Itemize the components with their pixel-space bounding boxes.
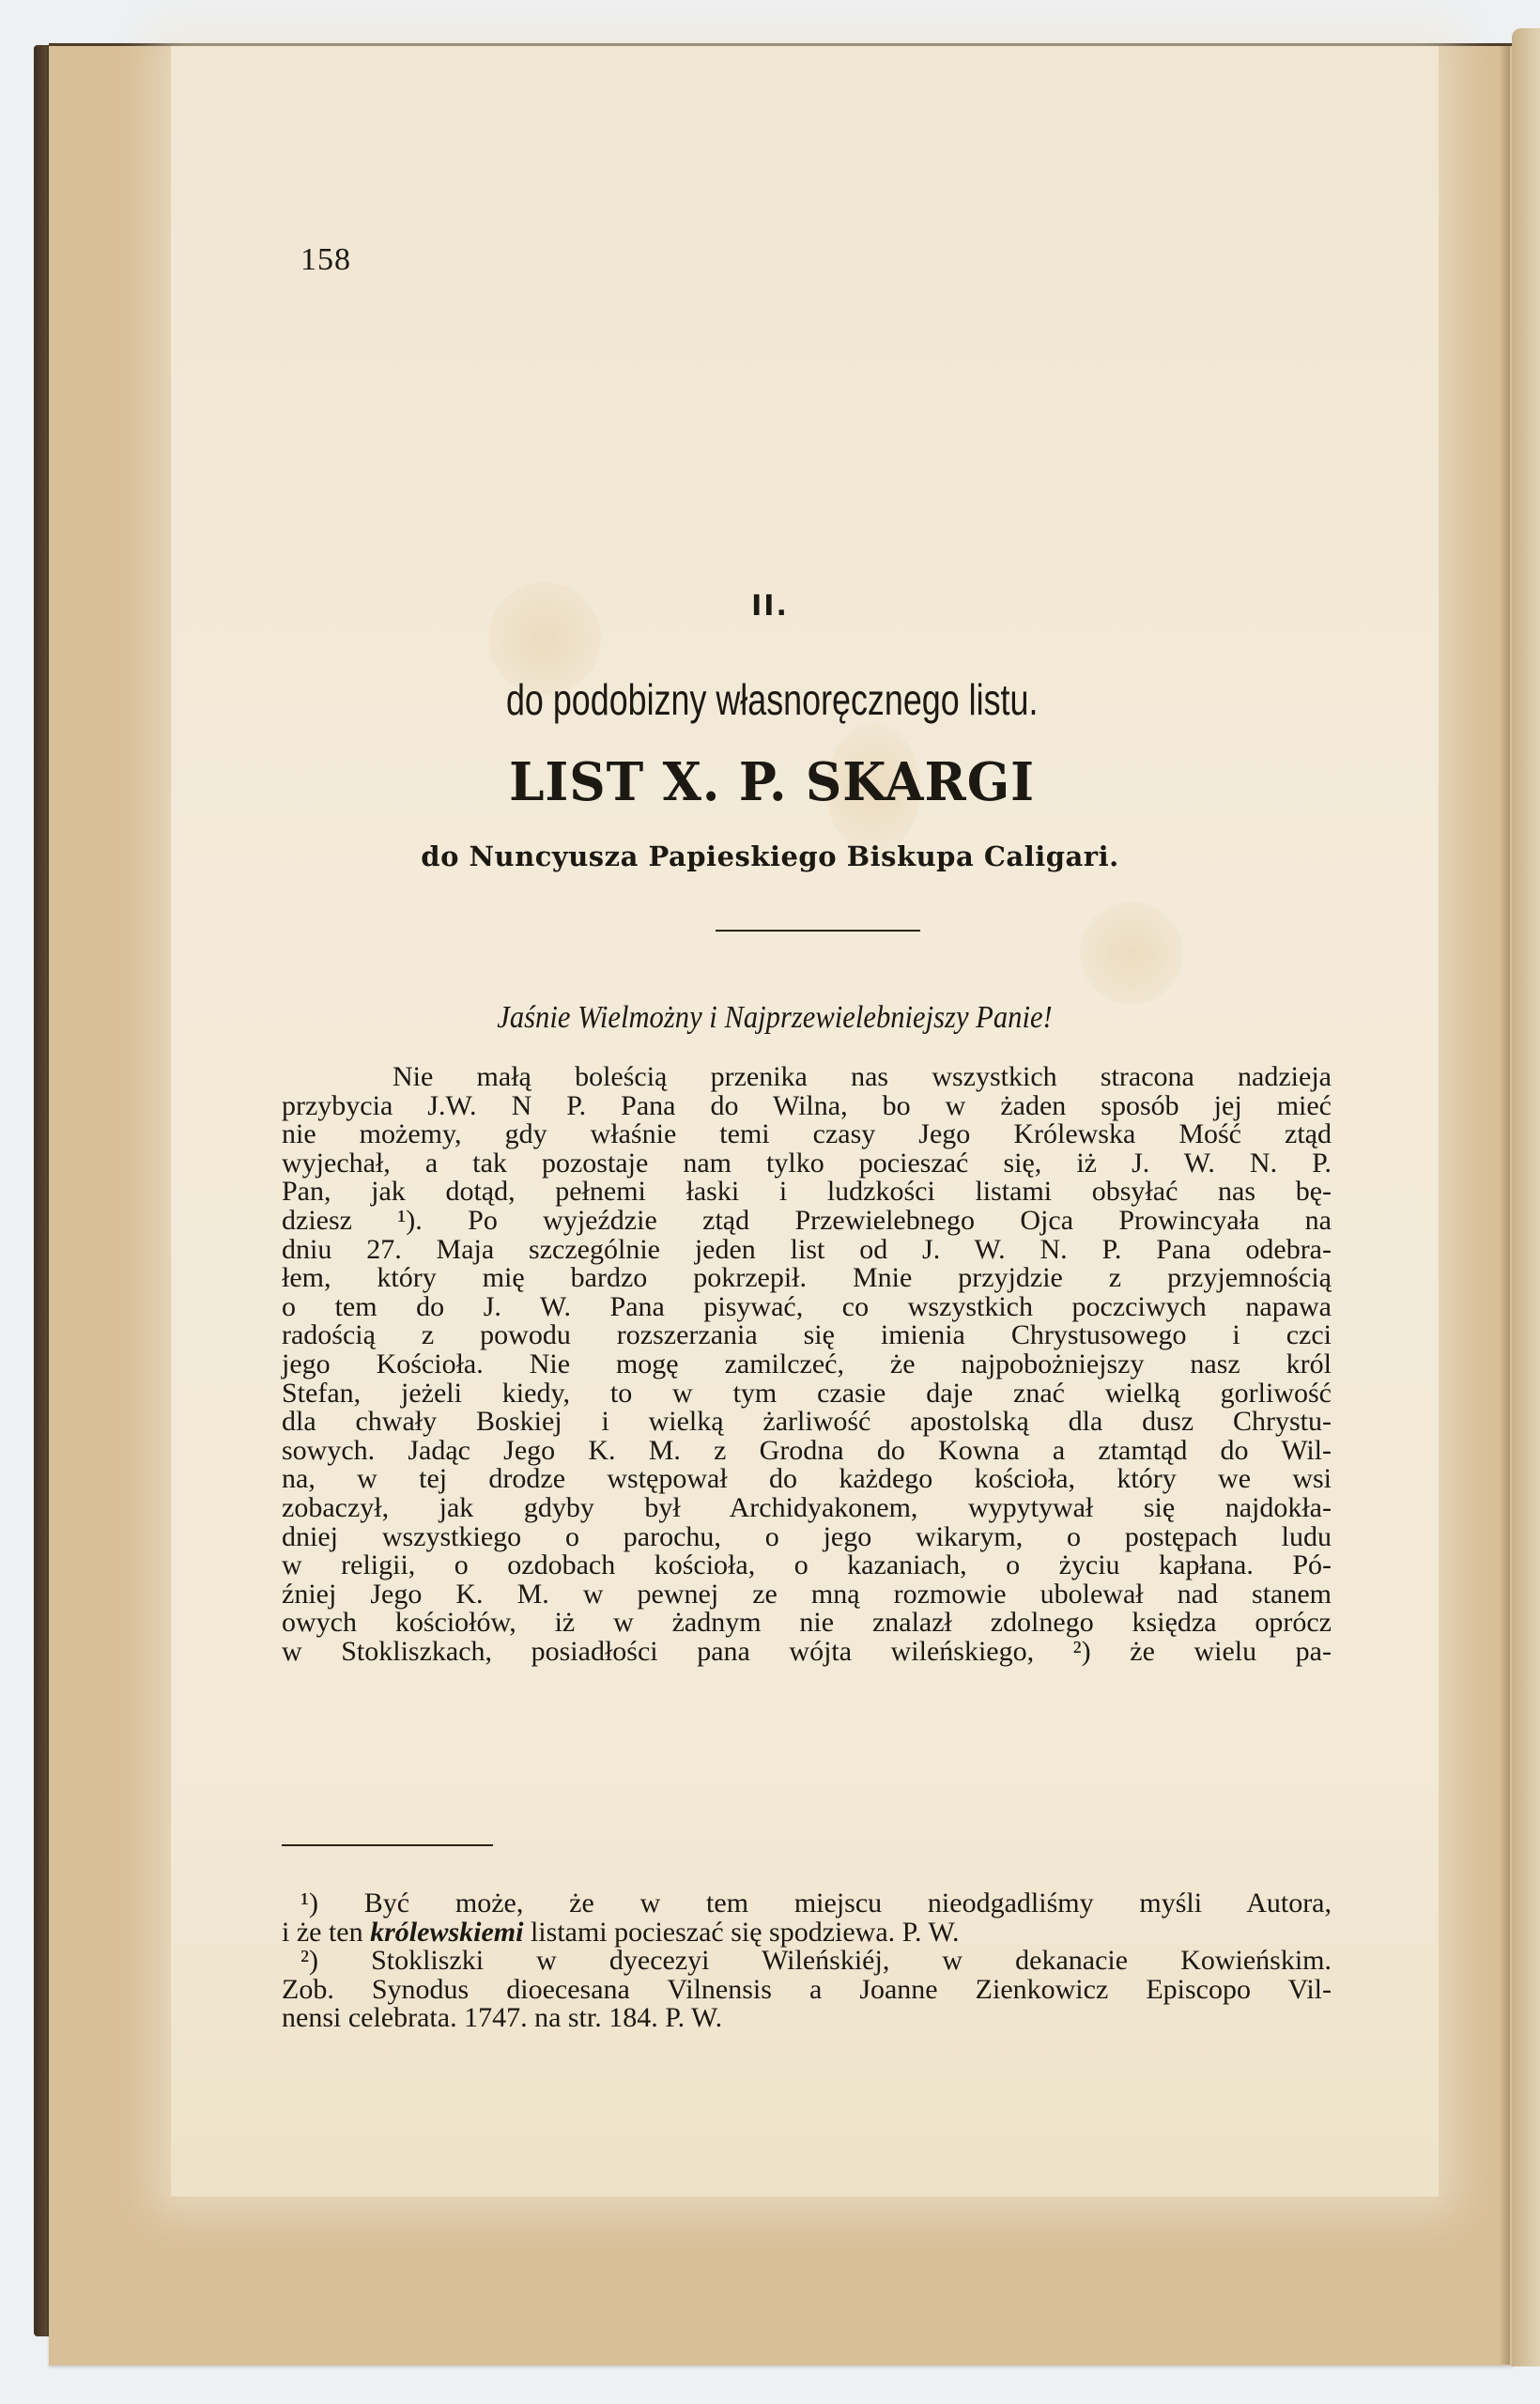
footnotes: ¹) Być może, że w tem miejscu nieodgadli… bbox=[282, 1889, 1332, 2033]
body-line: wyjechał, a tak pozostaje nam tylko poci… bbox=[282, 1149, 1332, 1179]
body-line: dniu 27. Maja szczególnie jeden list od … bbox=[282, 1236, 1332, 1265]
body-line: w Stokliszkach, posiadłości pana wójta w… bbox=[282, 1638, 1332, 1667]
footnote-2-line: ²) Stokliszki w dyecezyi Wileńskiéj, w d… bbox=[282, 1947, 1332, 1976]
body-line: nie możemy, gdy właśnie temi czasy Jego … bbox=[282, 1120, 1332, 1149]
body-line: na, w tej drodze wstępował do każdego ko… bbox=[282, 1465, 1332, 1494]
body-line: przybycia J.W. N P. Pana do Wilna, bo w … bbox=[282, 1092, 1332, 1121]
section-number: II. bbox=[0, 590, 1540, 623]
body-line: o tem do J. W. Pana pisywać, co wszystki… bbox=[282, 1293, 1332, 1322]
footnote-italic-word: królewskiemi bbox=[370, 1917, 523, 1948]
body-line: dziesz ¹). Po wyjeździe ztąd Przewielebn… bbox=[282, 1207, 1332, 1236]
footnote-2-line: nensi celebrata. 1747. na str. 184. P. W… bbox=[282, 2004, 1332, 2033]
heading-divider bbox=[716, 930, 920, 932]
body-line: radością z powodu rozszerzania się imien… bbox=[282, 1321, 1332, 1350]
footnote-text: i że ten bbox=[282, 1917, 370, 1948]
footnote-2-line: Zob. Synodus dioecesana Vilnensis a Joan… bbox=[282, 1976, 1332, 2005]
body-line: sowych. Jadąc Jego K. M. z Grodna do Kow… bbox=[282, 1437, 1332, 1466]
footnote-text: listami pocieszać się spodziewa. P. W. bbox=[523, 1917, 959, 1948]
body-line: Stefan, jeżeli kiedy, to w tym czasie da… bbox=[282, 1379, 1332, 1409]
body-line: dla chwały Boskiej i wielką żarliwość ap… bbox=[282, 1408, 1332, 1437]
footnote-1-line: i że ten królewskiemi listami pocieszać … bbox=[282, 1919, 1332, 1948]
body-line: Nie małą boleścią przenika nas wszystkic… bbox=[282, 1063, 1332, 1092]
body-line: jego Kościoła. Nie mogę zamilczeć, że na… bbox=[282, 1350, 1332, 1379]
page-number: 158 bbox=[300, 242, 351, 278]
salutation: Jaśnie Wielmożny i Najprzewielebniejszy … bbox=[82, 1000, 1468, 1036]
page-title: LIST X. P. SKARGI bbox=[40, 751, 1503, 813]
body-line: dniej wszystkiego o parochu, o jego wika… bbox=[282, 1523, 1332, 1552]
footnote-1-line: ¹) Być może, że w tem miejscu nieodgadli… bbox=[282, 1889, 1332, 1919]
body-line: źniej Jego K. M. w pewnej ze mną rozmowi… bbox=[282, 1580, 1332, 1610]
body-line: Pan, jak dotąd, pełnemi łaski i ludzkośc… bbox=[282, 1178, 1332, 1207]
page-gutter-shadow bbox=[1499, 45, 1510, 2365]
letter-body: Nie małą boleścią przenika nas wszystkic… bbox=[282, 1063, 1332, 1666]
body-line: łem, który mię bardzo pokrzepił. Mnie pr… bbox=[282, 1264, 1332, 1293]
subtitle: do podobizny własnoręcznego listu. bbox=[172, 674, 1373, 725]
body-line: w religii, o ozdobach kościoła, o kazani… bbox=[282, 1551, 1332, 1580]
body-line: owych kościołów, iż w żadnym nie znalazł… bbox=[282, 1609, 1332, 1638]
footnote-divider bbox=[282, 1844, 493, 1846]
body-line: zobaczył, jak gdyby był Archidyakonem, w… bbox=[282, 1494, 1332, 1523]
recipient-heading: do Nuncyusza Papieskiego Biskupa Caligar… bbox=[0, 840, 1540, 872]
foxing-stain bbox=[1080, 901, 1183, 1005]
next-page-edge bbox=[1512, 28, 1540, 2366]
